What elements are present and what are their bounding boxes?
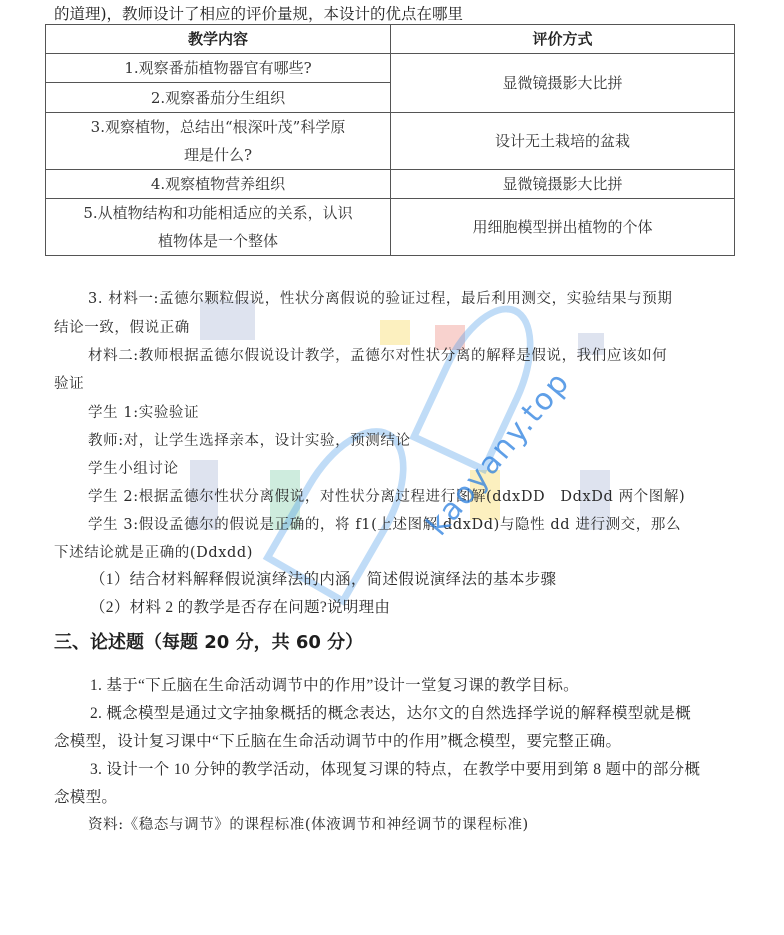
cell-line: 5.从植物结构和功能相适应的关系，认识: [52, 199, 384, 227]
table-cell-evaluation: 用细胞模型拼出植物的个体: [391, 199, 735, 256]
dialog-student1: 学生 1:实验验证: [88, 401, 199, 422]
essay-question-2-line2: 念模型，设计复习课中“下丘脑在生命活动调节中的作用”概念模型，要完整正确。: [54, 729, 621, 751]
sub-question-1: （1）结合材料解释假说演绎法的内涵，简述假说演绎法的基本步骤: [90, 567, 556, 589]
dialog-student2: 学生 2:根据孟德尔性状分离假说，对性状分离过程进行图解(ddxDD DdxDd…: [88, 485, 685, 506]
material1-line2: 结论一致，假说正确: [54, 316, 190, 337]
table-cell-content: 5.从植物结构和功能相适应的关系，认识 植物体是一个整体: [46, 199, 391, 256]
cell-line: 植物体是一个整体: [52, 227, 384, 255]
material2-line2: 验证: [54, 372, 84, 393]
table-cell-content: 3.观察植物，总结出“根深叶茂”科学原 理是什么?: [46, 113, 391, 170]
material2-line1: 材料二:教师根据孟德尔假说设计教学，孟德尔对性状分离的解释是假说，我们应该如何: [88, 344, 667, 365]
essay-question-1: 1. 基于“下丘脑在生命活动调节中的作用”设计一堂复习课的教学目标。: [90, 673, 579, 695]
table-cell-content: 4.观察植物营养组织: [46, 170, 391, 199]
table-cell-content: 2.观察番茄分生组织: [46, 83, 391, 113]
table-row: 3.观察植物，总结出“根深叶茂”科学原 理是什么? 设计无土栽培的盆栽: [46, 113, 735, 170]
essay-question-3-line2: 念模型。: [54, 785, 117, 807]
table-cell-evaluation: 显微镜摄影大比拼: [391, 170, 735, 199]
table-cell-content: 1.观察番茄植物器官有哪些?: [46, 54, 391, 83]
intro-line: 的道理)，教师设计了相应的评价量规，本设计的优点在哪里: [54, 2, 463, 24]
essay-question-2-line1: 2. 概念模型是通过文字抽象概括的概念表达，达尔文的自然选择学说的解释模型就是概: [90, 701, 691, 723]
table-row: 5.从植物结构和功能相适应的关系，认识 植物体是一个整体 用细胞模型拼出植物的个…: [46, 199, 735, 256]
table-header-evaluation: 评价方式: [391, 25, 735, 54]
material1-line1: 3. 材料一:孟德尔颗粒假说，性状分离假说的验证过程，最后利用测交，实验结果与预…: [88, 287, 672, 308]
evaluation-table: 教学内容 评价方式 1.观察番茄植物器官有哪些? 显微镜摄影大比拼 2.观察番茄…: [45, 24, 735, 256]
dialog-student3-line2: 下述结论就是正确的(Ddxdd): [54, 541, 253, 562]
table-row: 1.观察番茄植物器官有哪些? 显微镜摄影大比拼: [46, 54, 735, 83]
dialog-student3-line1: 学生 3:假设孟德尔的假说是正确的，将 f1(上述图解 ddxDd)与隐性 dd…: [88, 513, 681, 534]
essay-question-3-line1: 3. 设计一个 10 分钟的教学活动，体现复习课的特点，在教学中要用到第 8 题…: [90, 757, 700, 779]
sub-question-2: （2）材料 2 的教学是否存在问题?说明理由: [90, 595, 390, 617]
watermark-shape: [380, 320, 410, 345]
resource-line: 资料:《稳态与调节》的课程标准(体液调节和神经调节的课程标准): [88, 813, 529, 834]
table-header-content: 教学内容: [46, 25, 391, 54]
cell-line: 理是什么?: [52, 141, 384, 169]
section-heading: 三、论述题（每题 20 分，共 60 分）: [54, 628, 363, 654]
dialog-teacher: 教师:对，让学生选择亲本，设计实验，预测结论: [88, 429, 411, 450]
dialog-group: 学生小组讨论: [88, 457, 179, 478]
table-cell-evaluation: 设计无土栽培的盆栽: [391, 113, 735, 170]
table-cell-evaluation: 显微镜摄影大比拼: [391, 54, 735, 113]
cell-line: 3.观察植物，总结出“根深叶茂”科学原: [52, 113, 384, 141]
table-row: 4.观察植物营养组织 显微镜摄影大比拼: [46, 170, 735, 199]
